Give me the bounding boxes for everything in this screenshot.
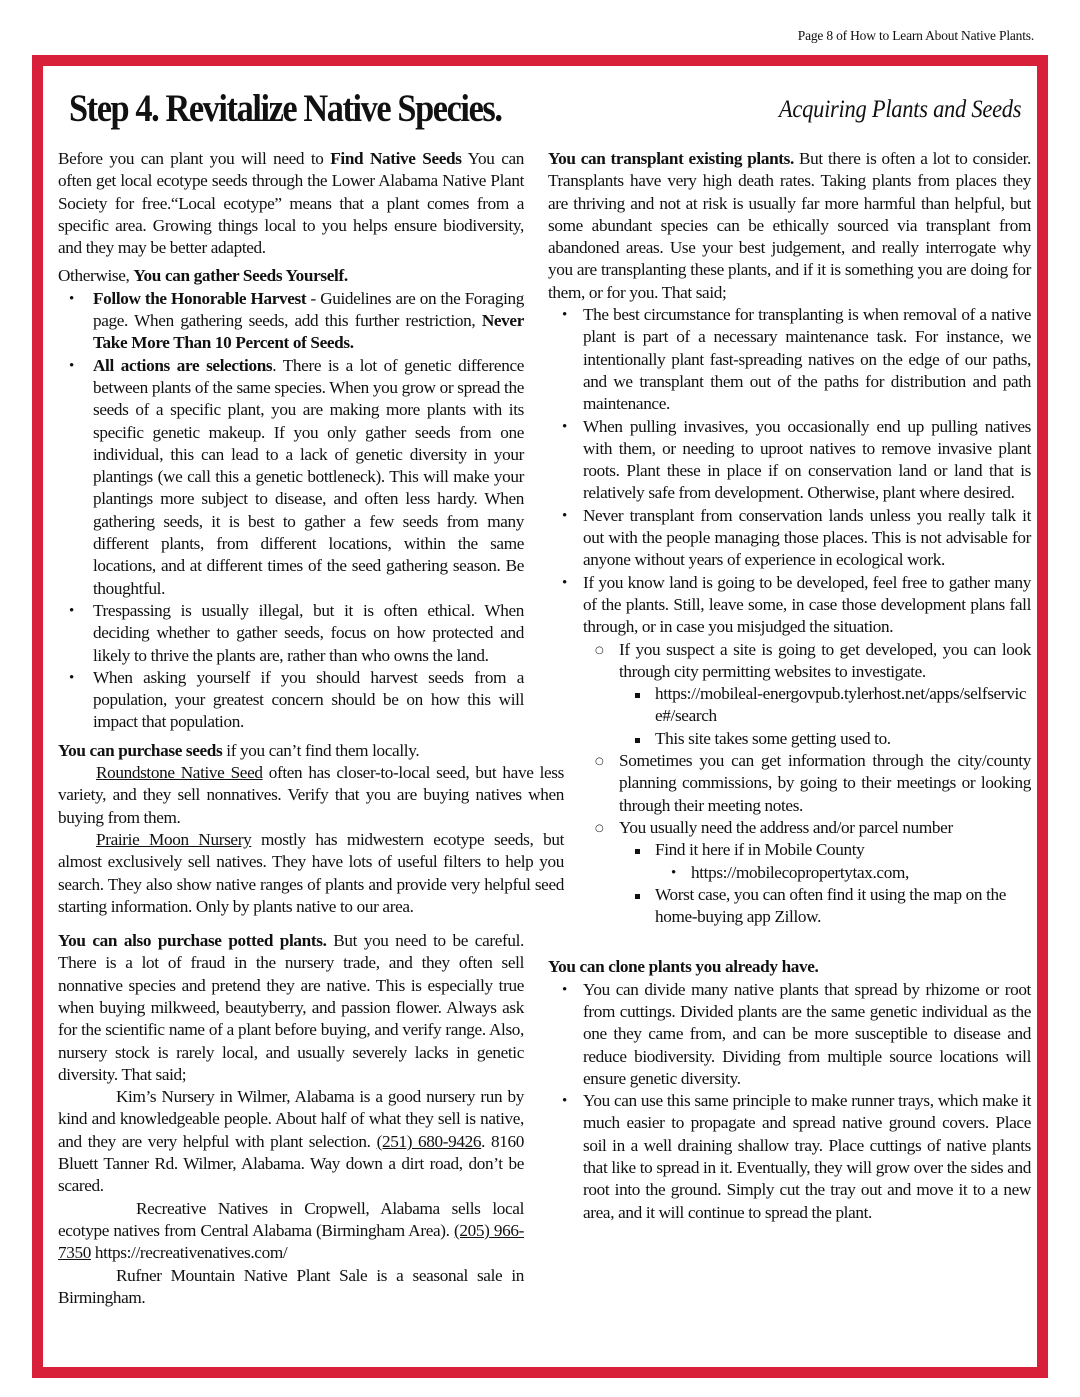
gather-pre: Otherwise,: [58, 266, 133, 285]
prairie-moon-link[interactable]: Prairie Moon Nursery: [96, 830, 251, 849]
bullet-bold: Follow the Honorable Harvest: [93, 289, 306, 308]
rufner-text: Rufner Mountain Native Plant Sale is a s…: [58, 1266, 524, 1307]
prairie-paragraph: Prairie Moon Nursery mostly has midweste…: [58, 829, 564, 918]
mobile-sublist: https://mobilecopropertytax.com,: [548, 862, 1031, 884]
transplant-bold: You can transplant existing plants.: [548, 149, 794, 168]
purchase-seeds-section: You can purchase seeds if you can’t find…: [58, 740, 564, 918]
list-item: If you suspect a site is going to get de…: [548, 639, 1031, 684]
intro-text: Before you can plant you will need to: [58, 149, 330, 168]
list-item: If you know land is going to be develope…: [548, 572, 1031, 639]
transplant-text: But there is often a lot to consider. Tr…: [548, 149, 1031, 302]
bullet-bold: All actions are selections: [93, 356, 272, 375]
left-column: Before you can plant you will need to Fi…: [58, 148, 524, 1309]
potted-paragraph: You can also purchase potted plants. But…: [58, 930, 524, 1086]
clone-heading: You can clone plants you already have.: [548, 956, 1031, 978]
parcel-sublist: Find it here if in Mobile County: [548, 839, 1031, 861]
permitting-url-link[interactable]: https://mobileal-energovpub.tylerhost.ne…: [548, 683, 1031, 728]
right-column: You can transplant existing plants. But …: [548, 148, 1031, 1224]
kims-paragraph: Kim’s Nursery in Wilmer, Alabama is a go…: [58, 1086, 524, 1197]
list-item: When pulling invasives, you occasionally…: [548, 416, 1031, 505]
kims-phone-link[interactable]: (251) 680-9426: [377, 1132, 482, 1151]
list-item: Never transplant from conservation lands…: [548, 505, 1031, 572]
page-header: Page 8 of How to Learn About Native Plan…: [798, 28, 1034, 44]
purchase-seeds-bold: You can purchase seeds: [58, 741, 222, 760]
clone-bold: You can clone plants you already have.: [548, 957, 819, 976]
list-item: You can use this same principle to make …: [548, 1090, 1031, 1224]
gather-bold: You can gather Seeds Yourself.: [133, 266, 347, 285]
transplant-list: The best circumstance for transplanting …: [548, 304, 1031, 638]
development-sublist: If you suspect a site is going to get de…: [548, 639, 1031, 684]
list-item: You can divide many native plants that s…: [548, 979, 1031, 1090]
page-title: Step 4. Revitalize Native Species.: [69, 86, 502, 131]
list-item: Worst case, you can often find it using …: [548, 884, 1031, 929]
content-frame: Step 4. Revitalize Native Species. Acqui…: [32, 55, 1048, 1378]
section-subtitle: Acquiring Plants and Seeds: [779, 96, 1021, 124]
list-item: Sometimes you can get information throug…: [548, 750, 1031, 817]
gather-heading: Otherwise, You can gather Seeds Yourself…: [58, 265, 524, 287]
list-item: The best circumstance for transplanting …: [548, 304, 1031, 415]
intro-bold: Find Native Seeds: [330, 149, 461, 168]
transplant-paragraph: You can transplant existing plants. But …: [548, 148, 1031, 304]
purchase-seeds-text: if you can’t find them locally.: [222, 741, 419, 760]
development-sublist-2: Sometimes you can get information throug…: [548, 750, 1031, 839]
bullet-text: Trespassing is usually illegal, but it i…: [93, 601, 524, 665]
potted-bold: You can also purchase potted plants.: [58, 931, 327, 950]
list-item: Find it here if in Mobile County: [548, 839, 1031, 861]
roundstone-paragraph: Roundstone Native Seed often has closer-…: [58, 762, 564, 829]
potted-text: But you need to be careful. There is a l…: [58, 931, 524, 1084]
title-row: Step 4. Revitalize Native Species. Acqui…: [69, 86, 1021, 136]
list-item: When asking yourself if you should harve…: [58, 667, 524, 734]
permitting-sublist: https://mobileal-energovpub.tylerhost.ne…: [548, 683, 1031, 750]
recreative-paragraph: Recreative Natives in Cropwell, Alabama …: [58, 1198, 524, 1265]
intro-paragraph: Before you can plant you will need to Fi…: [58, 148, 524, 259]
list-item: All actions are selections. There is a l…: [58, 355, 524, 600]
zillow-sublist: Worst case, you can often find it using …: [548, 884, 1031, 929]
recreative-url: https://recreativenatives.com/: [91, 1243, 287, 1262]
bullet-text: When asking yourself if you should harve…: [93, 668, 524, 732]
purchase-seeds-heading: You can purchase seeds if you can’t find…: [58, 740, 564, 762]
gather-list: Follow the Honorable Harvest - Guideline…: [58, 288, 524, 734]
mobile-tax-url-link[interactable]: https://mobilecopropertytax.com,: [548, 862, 1031, 884]
roundstone-link[interactable]: Roundstone Native Seed: [96, 763, 263, 782]
clone-list: You can divide many native plants that s…: [548, 979, 1031, 1224]
rufner-paragraph: Rufner Mountain Native Plant Sale is a s…: [58, 1265, 524, 1310]
list-item: This site takes some getting used to.: [548, 728, 1031, 750]
bullet-text: . There is a lot of genetic difference b…: [93, 356, 524, 598]
list-item: You usually need the address and/or parc…: [548, 817, 1031, 839]
list-item: Follow the Honorable Harvest - Guideline…: [58, 288, 524, 355]
list-item: Trespassing is usually illegal, but it i…: [58, 600, 524, 667]
